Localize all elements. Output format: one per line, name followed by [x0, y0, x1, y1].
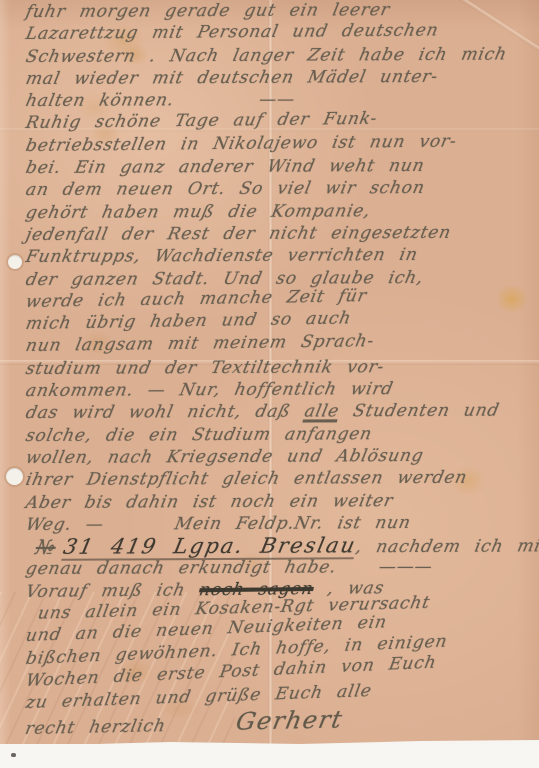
text-segment: mal wieder mit deutschen Mädel unter-	[24, 67, 440, 89]
text-segment: betriebsstellen in Nikolajewo ist nun vo…	[24, 131, 459, 155]
text-segment: №	[34, 535, 59, 559]
text-segment: Gerhert	[234, 705, 346, 735]
letter-line: ihrer Dienstpflicht gleich entlassen wer…	[24, 467, 534, 492]
letter-line: studium und der Textiltechnik vor-	[24, 355, 534, 380]
text-segment: Ruhig schöne Tage auf der Funk-	[24, 109, 379, 133]
letter-line: jedenfall der Rest der nicht eingesetzte…	[24, 221, 534, 246]
text-segment: Studenten und	[337, 401, 501, 422]
text-segment: bei. Ein ganz anderer Wind weht nun	[24, 156, 427, 178]
letter-line: ankommen. — Nur, hoffentlich wird	[24, 377, 534, 402]
letter-paper: fuhr morgen gerade gut ein leererLazaret…	[0, 0, 539, 747]
text-segment: , nachdem ich mich	[354, 536, 539, 557]
letter-line: an dem neuen Ort. So viel wir schon	[24, 177, 534, 202]
letter-line: Schwestern . Nach langer Zeit habe ich m…	[24, 43, 534, 68]
letter-line: №31 419 Lgpa. Breslau, nachdem ich mich	[24, 533, 534, 558]
text-segment: Schwestern . Nach langer Zeit habe ich m…	[24, 44, 509, 67]
text-segment: Weg. — Mein Feldp.Nr. ist nun	[24, 513, 413, 535]
punch-hole-bottom	[6, 468, 23, 485]
text-segment: studium und der Textiltechnik vor-	[24, 357, 386, 379]
text-segment: solche, die ein Studium anfangen	[24, 424, 374, 446]
text-segment: alle	[303, 402, 341, 422]
letter-line: wollen, nach Kriegsende und Ablösung	[24, 444, 534, 469]
punch-hole-top	[8, 255, 22, 269]
text-segment: das wird wohl nicht, daß	[24, 402, 307, 423]
text-segment: Funktrupps, Wachdienste verrichten in	[24, 245, 420, 267]
text-segment: Aber bis dahin ist noch ein weiter	[24, 491, 395, 513]
text-segment: fuhr morgen gerade gut ein leerer	[24, 0, 392, 22]
text-segment: genau danach erkundigt habe. ———	[24, 557, 435, 579]
text-segment: halten können. ——	[24, 90, 297, 111]
scanned-letter: fuhr morgen gerade gut ein leererLazaret…	[0, 0, 539, 768]
text-segment: nun langsam mit meinem Sprach-	[24, 332, 376, 357]
letter-line: bei. Ein ganz anderer Wind weht nun	[24, 154, 534, 179]
text-segment: recht herzlich	[24, 716, 168, 739]
letter-line: Weg. — Mein Feldp.Nr. ist nun	[24, 511, 534, 536]
text-segment: an dem neuen Ort. So viel wir schon	[24, 178, 427, 200]
dust-speck	[11, 753, 16, 757]
letter-line: Aber bis dahin ist noch ein weiter	[24, 489, 534, 514]
letter-line: Funktrupps, Wachdienste verrichten in	[24, 244, 534, 269]
text-segment: wollen, nach Kriegsende und Ablösung	[24, 446, 426, 468]
scan-background	[0, 744, 539, 768]
letter-line: solche, die ein Studium anfangen	[24, 422, 534, 447]
letter-line: mal wieder mit deutschen Mädel unter-	[24, 65, 534, 90]
text-segment: ankommen. — Nur, hoffentlich wird	[24, 379, 395, 401]
text-segment: jedenfall der Rest der nicht eingesetzte…	[24, 223, 453, 245]
letter-line: gehört haben muß die Kompanie,	[24, 199, 534, 224]
letter-line: betriebsstellen in Nikolajewo ist nun vo…	[24, 129, 535, 157]
letter-line: das wird wohl nicht, daß alle Studenten …	[24, 400, 534, 425]
letter-line: Lazarettzug mit Personal und deutschen	[24, 19, 534, 46]
handwriting-lines: fuhr morgen gerade gut ein leererLazaret…	[26, 1, 531, 737]
text-segment: gehört haben muß die Kompanie,	[24, 201, 372, 223]
text-segment: Lazarettzug mit Personal und deutschen	[24, 21, 440, 45]
text-segment: ihrer Dienstpflicht gleich entlassen wer…	[24, 468, 469, 490]
